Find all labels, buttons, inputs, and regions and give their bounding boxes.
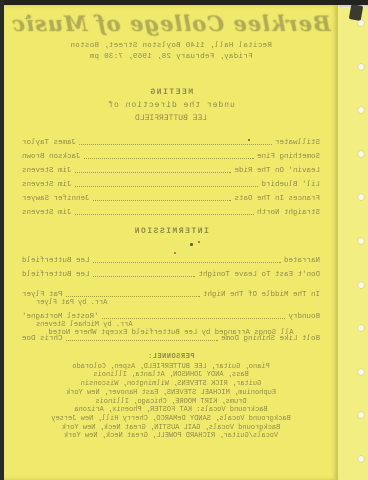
program-row: In The Middle Of The Night Pat Flyer [22,285,320,299]
dotted-leader [84,158,254,159]
punch-hole [358,20,364,26]
program-row: Narrated Lee Butterfield [22,251,320,265]
scan-edge-top [0,0,368,5]
punch-hole [358,64,364,70]
punch-hole [358,369,364,375]
song-title: Don't East To Leave Tonight [198,271,320,279]
composer-credit: James Taylor [22,139,76,147]
composer-credit: Jim Stevens [22,209,72,217]
composer-credit: Jackson Brown [22,153,81,161]
song-title: Stillwater [275,139,320,147]
program-row: Leavin' On The Ride Jim Stevens [22,161,320,175]
song-title: Narrated [284,257,320,265]
venue-line: Recital Hall, 1140 Boylston Street, Bost… [4,41,338,52]
personnel-line: Background Vocals, SANDY DeMARCO, Cherry… [4,415,338,424]
event-info: Recital Hall, 1140 Boylston Street, Bost… [4,41,338,63]
composer-credit: Pat Flyer [22,291,63,299]
personnel-line: Drums, KIRT MOORE, Chicago, Illinois [4,398,338,407]
personnel-line: Euphonium, MICHAEL STEVENS, East Hanover… [4,389,338,398]
personnel-line: Piano, Guitar, LEE BUTTERFIELD, Aspen, C… [4,363,338,372]
personnel-line: Guitar, RICK STEVENS, Wilmington, Wiscon… [4,380,338,389]
direction-line: under the direction of [4,99,338,112]
dotted-leader [79,144,272,145]
composer-credit: Lee Butterfield [22,271,90,279]
dotted-leader [93,200,232,201]
composer-credit: Jennifer Sawyer [22,195,90,203]
ink-speck [198,241,200,243]
song-title: Lil' Bluebird [261,181,320,189]
personnel-line: Bass, ANDY JOHNSON, Atlanta, Illinois [4,371,338,380]
first-set-list: Stillwater James Taylor Something Fine J… [22,133,320,217]
personnel-lines: Piano, Guitar, LEE BUTTERFIELD, Aspen, C… [4,363,338,441]
dotted-leader [66,296,200,297]
song-title: Frances In The Oats [234,195,320,203]
arranger-note: Arr. by Pat Flyer [22,299,320,307]
ensemble-name: MEETING [4,86,338,99]
program-page: Berklee College of Music Recital Hall, 1… [4,5,338,480]
song-title: Something Fine [257,153,320,161]
scan-edge-left [0,0,4,480]
composer-credit: Jim Stevens [22,181,72,189]
program-row: Stillwater James Taylor [22,133,320,147]
program-row: Lil' Bluebird Jim Stevens [22,175,320,189]
dotted-leader [93,262,281,263]
composer-credit: 'Rostel Mortagne' [22,313,99,321]
program-row: Boundry 'Rostel Mortagne' [22,307,320,321]
program-row: Straight North Jim Stevens [22,203,320,217]
program-row: Don't East To Leave Tonight Lee Butterfi… [22,265,320,279]
punch-hole [358,456,364,462]
binding-shadow-mark [349,4,363,21]
registration-mark: + [24,16,31,23]
dotted-leader [75,214,254,215]
program-row: Something Fine Jackson Brown [22,147,320,161]
ink-speck-red [174,252,176,254]
personnel-line: Background Vocals, GAIL AUSTIN, Great Ne… [4,424,338,433]
dotted-leader [93,276,196,277]
date-line: Friday, February 28, 1969, 7:30 pm [4,52,338,63]
song-title: Boundry [288,313,320,321]
ink-speck [248,139,250,141]
arranger-note: Arr. by Michael Stevens [22,321,320,329]
composer-credit: Jim Stevens [22,167,72,175]
song-title: In The Middle Of The Night [203,291,320,299]
song-title: Leavin' On The Ride [234,167,320,175]
punch-hole [358,282,364,288]
personnel-line: Vocals/Guitar, RICHARD POWELL, Great Nec… [4,432,338,441]
song-title: Straight North [257,209,320,217]
dotted-leader [66,340,218,341]
composer-credit: Lee Butterfield [22,257,90,265]
punch-hole [358,238,364,244]
personnel-line: Backround Vocals: KAT FOSTER, Phoenix, A… [4,406,338,415]
ensemble-heading: MEETING under the direction of LEE BUTTE… [4,86,338,125]
ink-speck [190,243,193,246]
dotted-leader [75,172,232,173]
punch-hole [358,151,364,157]
director-name: LEE BUTTERFIELD [4,112,338,125]
dotted-leader [102,318,286,319]
school-title: Berklee College of Music [4,11,338,36]
dotted-leader [75,186,259,187]
scanned-program-page: { "colors":{ "paper":"#f0ea6c", "paper_b… [0,0,368,480]
arrangement-footnote: All Songs Arranged by Lee Butterfield Ex… [4,329,338,337]
personnel-block: PERSONNEL: Piano, Guitar, LEE BUTTERFIEL… [4,353,338,441]
intermission-label: INTERMISSION [4,227,338,236]
mirrored-program-content: Berklee College of Music Recital Hall, 1… [4,5,338,480]
personnel-label: PERSONNEL: [4,353,338,362]
program-row: Frances In The Oats Jennifer Sawyer [22,189,320,203]
